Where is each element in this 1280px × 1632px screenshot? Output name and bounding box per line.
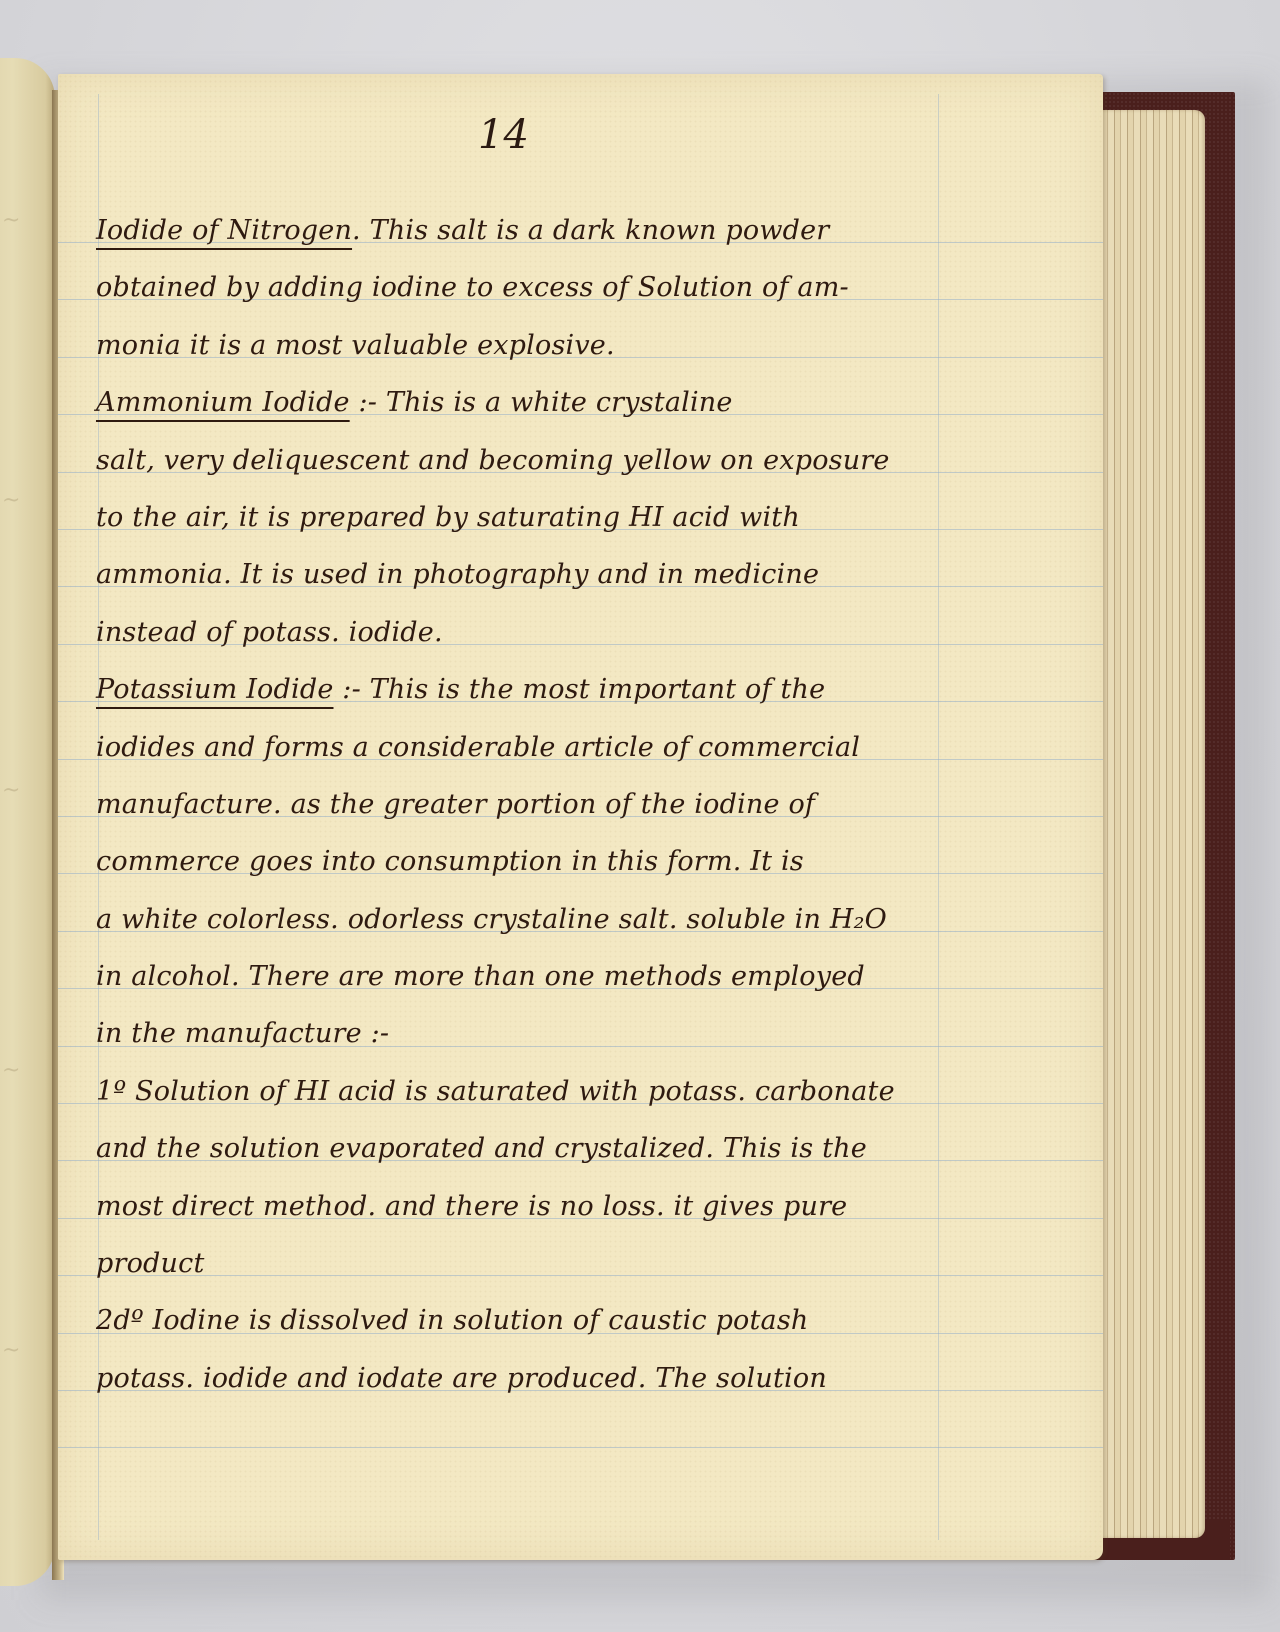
bleed-through-text: ~ <box>2 778 20 803</box>
notebook-page: 14 Iodide of Nitrogen. This salt is a da… <box>58 74 1103 1560</box>
text-line: in alcohol. There are more than one meth… <box>96 948 976 1005</box>
bleed-through-text: ~ <box>2 488 20 513</box>
text-line: and the solution evaporated and crystali… <box>96 1120 976 1177</box>
text-line: commerce goes into consumption in this f… <box>96 833 976 890</box>
handwritten-text-block: Iodide of Nitrogen. This salt is a dark … <box>96 202 976 1407</box>
text-line: salt, very deliquescent and becoming yel… <box>96 432 976 489</box>
method-2-line: 2dº Iodine is dissolved in solution of c… <box>96 1292 976 1349</box>
text-line: product <box>96 1235 976 1292</box>
page-number: 14 <box>478 112 529 158</box>
text-line: to the air, it is prepared by saturating… <box>96 489 976 546</box>
text-line: Potassium Iodide :- This is the most imp… <box>96 661 976 718</box>
section-heading-ammonium-iodide: Ammonium Iodide <box>96 387 350 418</box>
text-line: monia it is a most valuable explosive. <box>96 317 976 374</box>
rule-line <box>58 1447 1103 1448</box>
text-line: obtained by adding iodine to excess of S… <box>96 259 976 316</box>
section-heading-potassium-iodide: Potassium Iodide <box>96 674 334 705</box>
section-heading-iodide-of-nitrogen: Iodide of Nitrogen <box>96 215 352 246</box>
text-line: Ammonium Iodide :- This is a white cryst… <box>96 374 976 431</box>
text-line: ammonia. It is used in photography and i… <box>96 546 976 603</box>
bleed-through-text: ~ <box>2 208 20 233</box>
left-page-curled: ~ ~ ~ ~ ~ <box>0 58 55 1586</box>
page-edges-stack <box>1095 110 1205 1538</box>
text-line: manufacture. as the greater portion of t… <box>96 776 976 833</box>
text-line: potass. iodide and iodate are produced. … <box>96 1350 976 1407</box>
text-line: instead of potass. iodide. <box>96 604 976 661</box>
bleed-through-text: ~ <box>2 1338 20 1363</box>
text-line: most direct method. and there is no loss… <box>96 1178 976 1235</box>
text-line: in the manufacture :- <box>96 1005 976 1062</box>
text-line: a white colorless. odorless crystaline s… <box>96 891 976 948</box>
text-line: iodides and forms a considerable article… <box>96 719 976 776</box>
method-1-line: 1º Solution of HI acid is saturated with… <box>96 1063 976 1120</box>
text-line: Iodide of Nitrogen. This salt is a dark … <box>96 202 976 259</box>
bleed-through-text: ~ <box>2 1058 20 1083</box>
